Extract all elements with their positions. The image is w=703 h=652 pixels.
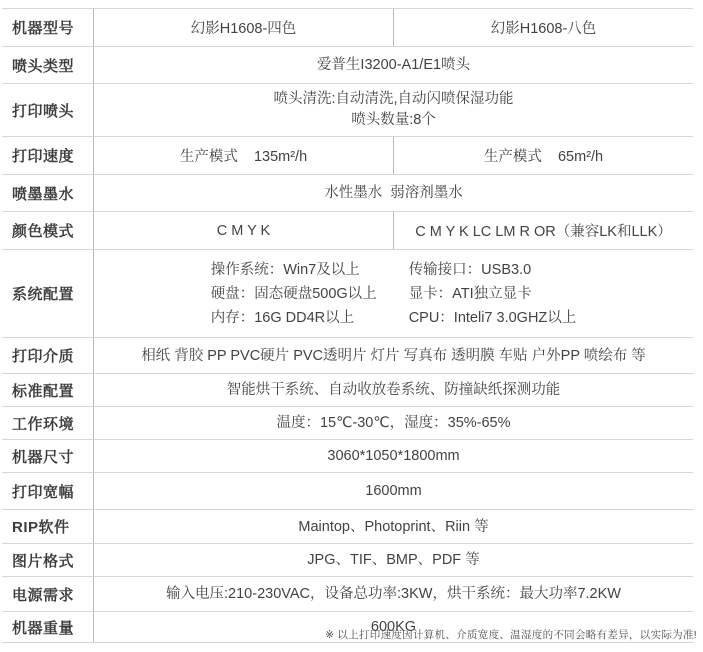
- spec-row-ink: 喷墨墨水 水性墨水 弱溶剂墨水: [2, 175, 693, 212]
- row-label: 图片格式: [2, 544, 94, 576]
- model-eight-color-value: 幻影H1608-八色: [394, 9, 693, 46]
- spec-row-color-mode: 颜色模式 C M Y K C M Y K LC LM R OR（兼容LK和LLK…: [2, 212, 693, 250]
- row-label: 喷头类型: [2, 47, 94, 83]
- row-label: 打印喷头: [2, 84, 94, 136]
- spec-row-machine-size: 机器尺寸 3060*1050*1800mm: [2, 440, 693, 473]
- disclaimer-note: ※ 以上打印速度因计算机、介质宽度、温湿度的不同会略有差异，以实际为准!: [0, 627, 697, 642]
- row-label: 打印速度: [2, 137, 94, 174]
- row-value: 水性墨水 弱溶剂墨水: [94, 175, 693, 211]
- spec-row-power-requirement: 电源需求 输入电压:210-230VAC，设备总功率:3KW，烘干系统：最大功率…: [2, 577, 693, 612]
- spec-row-image-format: 图片格式 JPG、TIF、BMP、PDF 等: [2, 544, 693, 577]
- row-label: 机器尺寸: [2, 440, 94, 472]
- color-mode-four-value: C M Y K: [94, 212, 394, 249]
- spec-row-print-head: 打印喷头 喷头清洗:自动清洗,自动闪喷保湿功能 喷头数量:8个: [2, 84, 693, 137]
- row-label: 标准配置: [2, 374, 94, 406]
- printer-spec-table: 机器型号 幻影H1608-四色 幻影H1608-八色 喷头类型 爱普生I3200…: [2, 8, 693, 643]
- row-label: 打印介质: [2, 338, 94, 373]
- row-value: 温度：15℃-30℃，湿度：35%-65%: [94, 407, 693, 439]
- sys-os: 操作系统：Win7及以上: [211, 259, 377, 281]
- spec-row-print-width: 打印宽幅 1600mm: [2, 473, 693, 510]
- spec-row-rip-software: RIP软件 Maintop、Photoprint、Riin 等: [2, 510, 693, 544]
- row-label: RIP软件: [2, 510, 94, 543]
- row-value: 智能烘干系统、自动收放卷系统、防撞缺纸探测功能: [94, 374, 693, 406]
- spec-row-work-environment: 工作环境 温度：15℃-30℃，湿度：35%-65%: [2, 407, 693, 440]
- row-value: 相纸 背胶 PP PVC硬片 PVC透明片 灯片 写真布 透明膜 车贴 户外PP…: [94, 338, 693, 373]
- row-label: 工作环境: [2, 407, 94, 439]
- row-value: 3060*1050*1800mm: [94, 440, 693, 472]
- sys-ram: 内存：16G DD4R以上: [211, 307, 377, 329]
- row-value: JPG、TIF、BMP、PDF 等: [94, 544, 693, 576]
- system-config-grid: 操作系统：Win7及以上 传输接口：USB3.0 硬盘：固态硬盘500G以上 显…: [211, 259, 577, 329]
- color-mode-eight-value: C M Y K LC LM R OR（兼容LK和LLK）: [394, 212, 693, 249]
- row-value: 输入电压:210-230VAC，设备总功率:3KW，烘干系统：最大功率7.2KW: [94, 577, 693, 611]
- sys-disk: 硬盘：固态硬盘500G以上: [211, 283, 377, 305]
- sys-cpu: CPU：Inteli7 3.0GHZ以上: [409, 307, 577, 329]
- row-value: 操作系统：Win7及以上 传输接口：USB3.0 硬盘：固态硬盘500G以上 显…: [94, 250, 693, 337]
- spec-row-print-media: 打印介质 相纸 背胶 PP PVC硬片 PVC透明片 灯片 写真布 透明膜 车贴…: [2, 338, 693, 374]
- sys-gpu: 显卡：ATI独立显卡: [409, 283, 577, 305]
- row-label: 颜色模式: [2, 212, 94, 249]
- printhead-count-line: 喷头数量:8个: [351, 110, 436, 131]
- row-label: 电源需求: [2, 577, 94, 611]
- spec-row-system-config: 系统配置 操作系统：Win7及以上 传输接口：USB3.0 硬盘：固态硬盘500…: [2, 250, 693, 338]
- row-label: 系统配置: [2, 250, 94, 337]
- row-label: 喷墨墨水: [2, 175, 94, 211]
- spec-row-printhead-type: 喷头类型 爱普生I3200-A1/E1喷头: [2, 47, 693, 84]
- printhead-cleaning-line: 喷头清洗:自动清洗,自动闪喷保湿功能: [273, 89, 513, 110]
- row-label: 打印宽幅: [2, 473, 94, 509]
- sys-interface: 传输接口：USB3.0: [409, 259, 577, 281]
- row-value: 1600mm: [94, 473, 693, 509]
- speed-eight-color-value: 生产模式 65m²/h: [394, 137, 693, 174]
- row-label: 机器型号: [2, 9, 94, 46]
- speed-four-color-value: 生产模式 135m²/h: [94, 137, 394, 174]
- row-value: 喷头清洗:自动清洗,自动闪喷保湿功能 喷头数量:8个: [94, 84, 693, 136]
- model-four-color-value: 幻影H1608-四色: [94, 9, 394, 46]
- spec-sheet: { "table": { "rows": [ { "label": "机器型号"…: [0, 0, 703, 652]
- row-value: 爱普生I3200-A1/E1喷头: [94, 47, 693, 83]
- spec-row-standard-config: 标准配置 智能烘干系统、自动收放卷系统、防撞缺纸探测功能: [2, 374, 693, 407]
- spec-row-machine-model: 机器型号 幻影H1608-四色 幻影H1608-八色: [2, 9, 693, 47]
- spec-row-print-speed: 打印速度 生产模式 135m²/h 生产模式 65m²/h: [2, 137, 693, 175]
- row-value: Maintop、Photoprint、Riin 等: [94, 510, 693, 543]
